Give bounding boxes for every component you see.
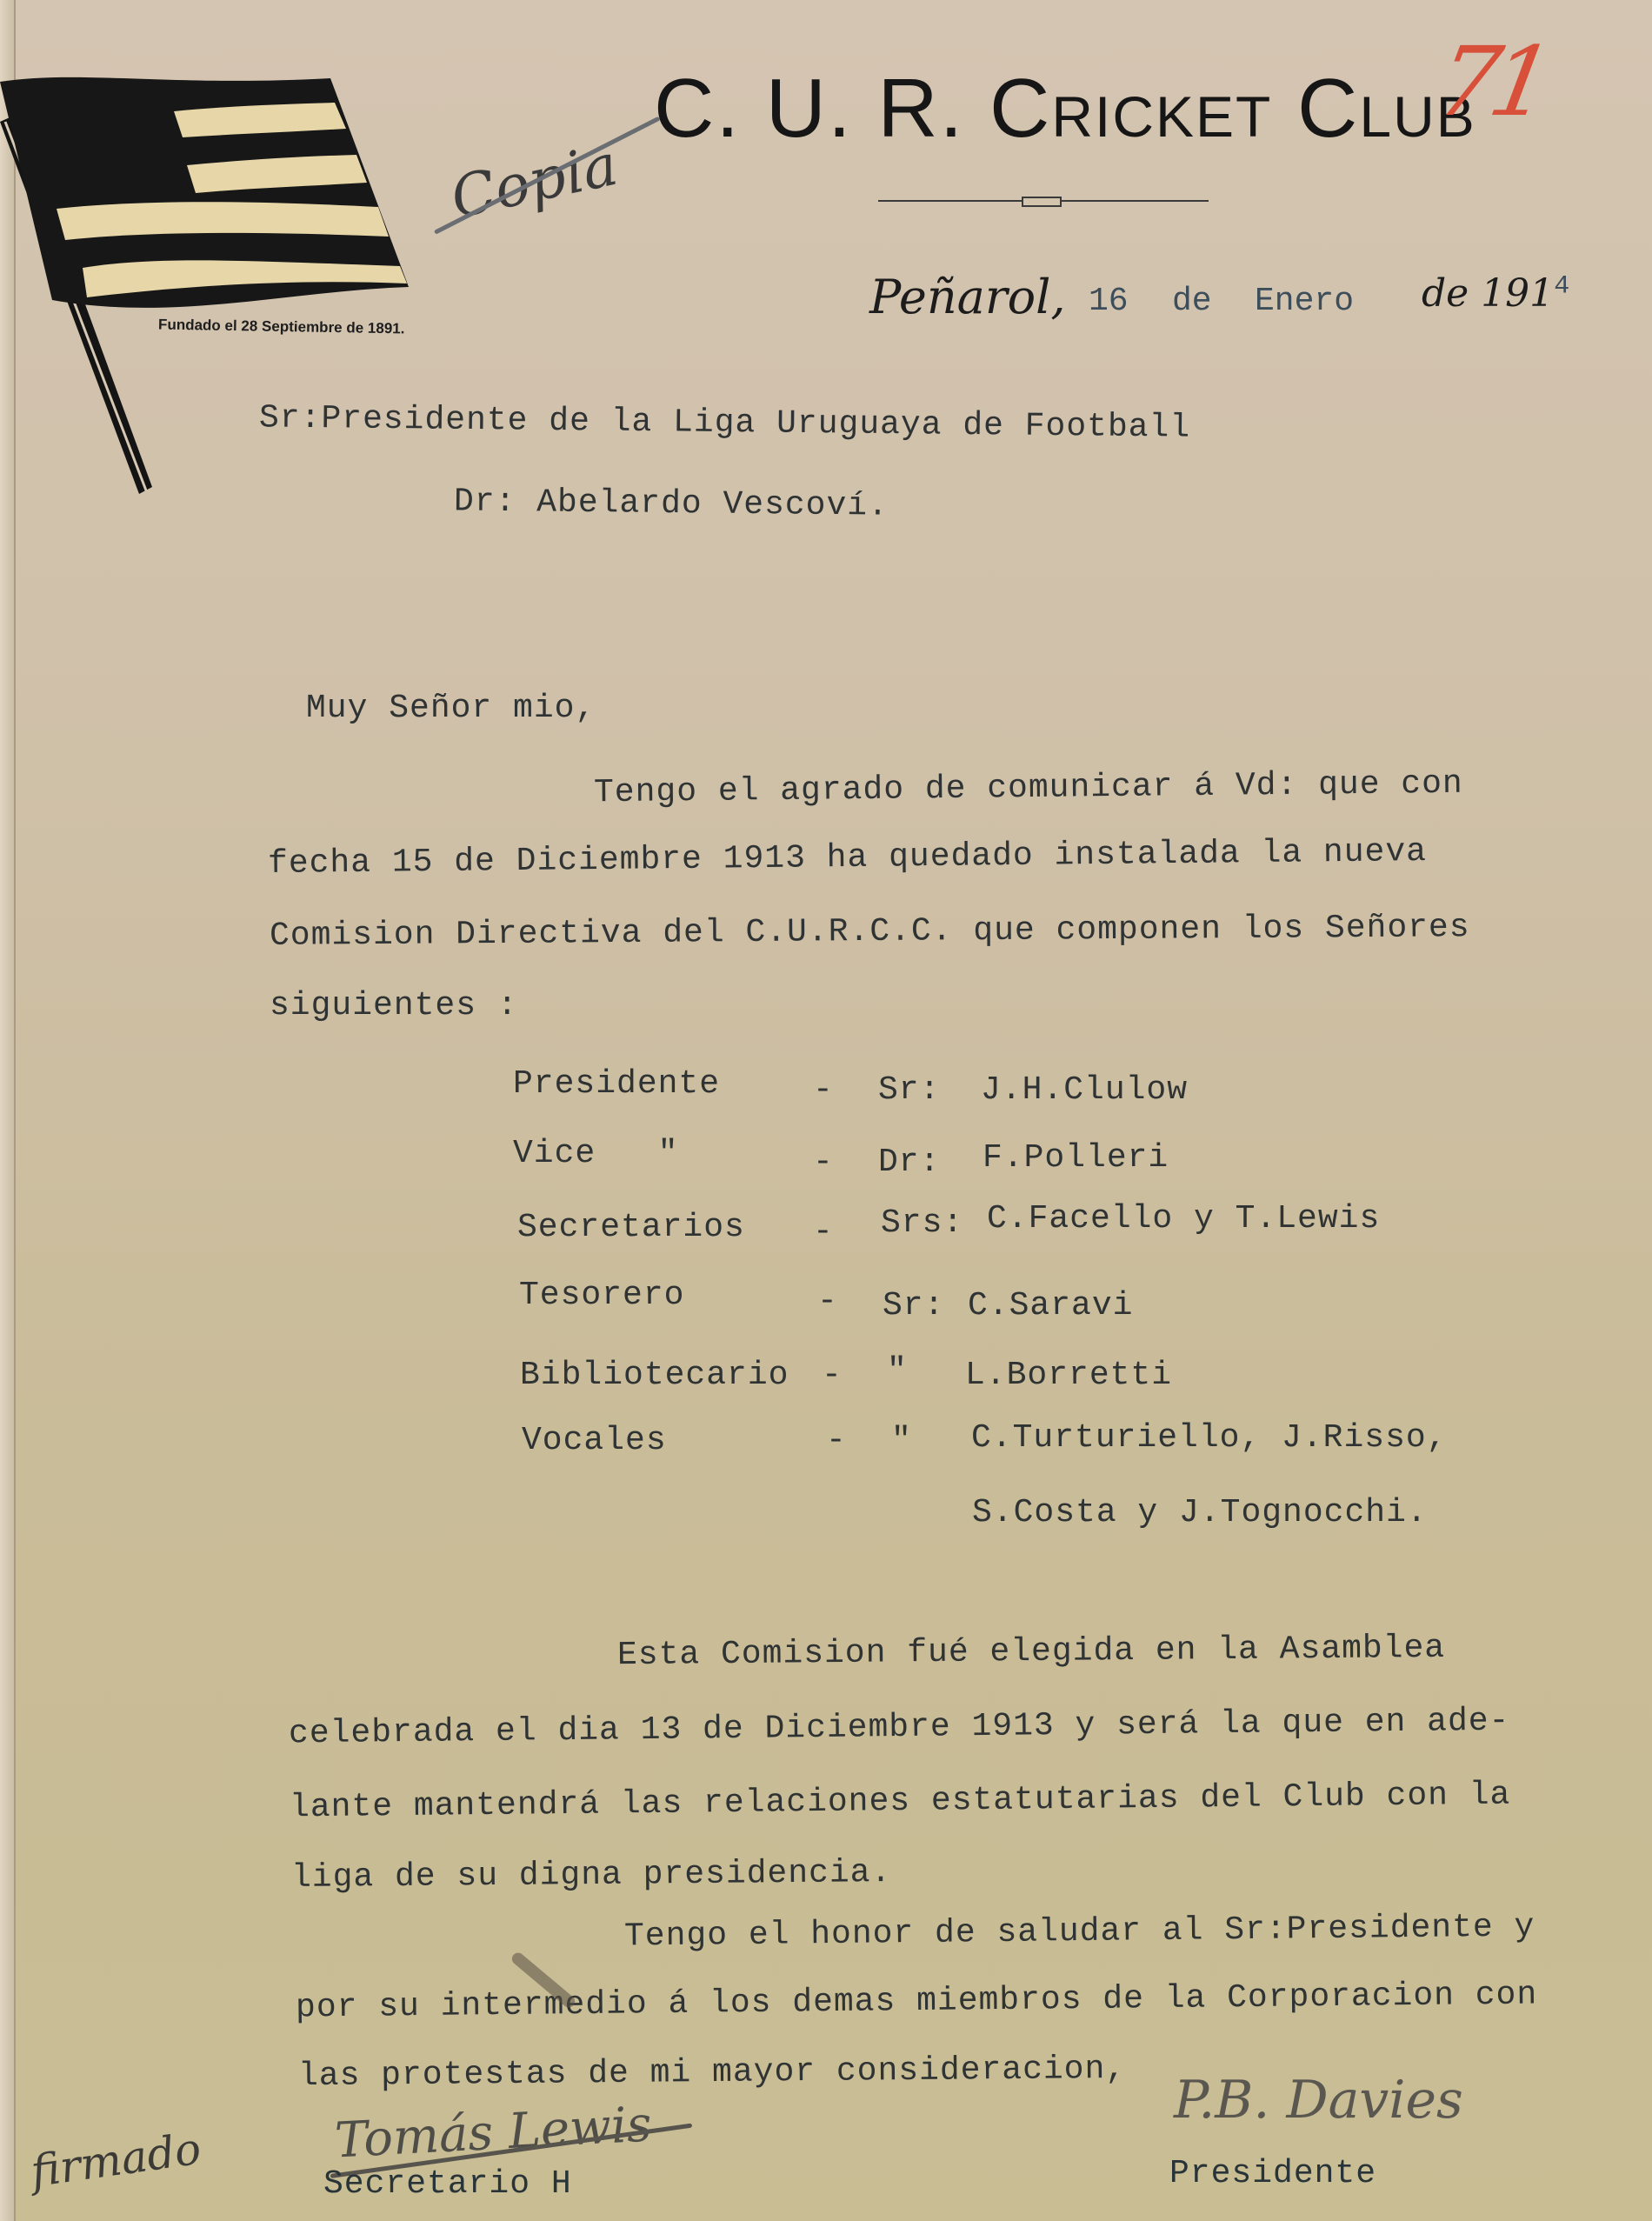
- committee-names: C.Facello y T.Lewis: [987, 1200, 1380, 1237]
- folio-number: 71: [1429, 26, 1554, 137]
- committee-title: ": [887, 1352, 908, 1390]
- committee-role: Secretarios: [517, 1209, 745, 1246]
- committee-role: Vocales: [522, 1422, 667, 1459]
- club-initial: C: [1297, 62, 1359, 155]
- secretary-signature: Tomás Lewis: [334, 2097, 654, 2170]
- paragraph-1-line-4: siguientes :: [270, 987, 518, 1024]
- committee-title: ": [891, 1422, 912, 1459]
- club-flag-icon: [0, 70, 435, 504]
- president-signature: P.B. Davies: [1174, 2070, 1463, 2131]
- paragraph-1-line-3: Comision Directiva del C.U.R.C.C. que co…: [270, 909, 1470, 955]
- paragraph-2-line-2: celebrada el dia 13 de Diciembre 1913 y …: [289, 1703, 1510, 1753]
- paragraph-1-line-2: fecha 15 de Diciembre 1913 ha quedado in…: [268, 833, 1427, 883]
- date-day: 16: [1089, 283, 1129, 320]
- committee-names: F.Polleri: [983, 1139, 1169, 1177]
- cricket-rest: RICKET: [1051, 84, 1272, 149]
- committee-dash: -: [813, 1213, 834, 1251]
- paragraph-1-line-1: Tengo el agrado de comunicar á Vd: que c…: [594, 765, 1463, 811]
- paragraph-2-line-3: lante mantendrá las relaciones estatutar…: [290, 1777, 1511, 1827]
- club-letterhead-title: C. U. R. CRICKET CLUB: [654, 61, 1476, 157]
- committee-role: Presidente: [513, 1065, 720, 1103]
- date-year-prefix: de 191: [1422, 271, 1554, 316]
- president-title: Presidente: [1169, 2155, 1376, 2192]
- committee-title: Srs:: [881, 1204, 963, 1242]
- paragraph-2-line-4: liga de su digna presidencia.: [291, 1854, 892, 1897]
- paragraph-3-line-2: por su intermedio á los demas miembros d…: [296, 1977, 1538, 2027]
- committee-dash: -: [822, 1357, 843, 1394]
- paragraph-3-line-3: las protestas de mi mayor consideracion,: [298, 2051, 1126, 2095]
- salutation: Muy Señor mio,: [306, 690, 596, 727]
- committee-dash: -: [813, 1144, 834, 1181]
- club-initials: C. U. R.: [654, 62, 964, 155]
- cricket-initial: C: [989, 62, 1051, 155]
- addressee-line-2: Dr: Abelardo Vescoví.: [454, 483, 889, 524]
- letterhead-divider-ornament: [1022, 197, 1062, 207]
- committee-dash: -: [813, 1071, 834, 1109]
- secretary-title: Secretario H: [323, 2165, 572, 2203]
- paragraph-2-line-1: Esta Comision fué elegida en la Asamblea: [617, 1630, 1445, 1674]
- committee-role: Bibliotecario: [520, 1357, 789, 1394]
- date-year-suffix: 4: [1554, 271, 1569, 301]
- committee-dash: -: [817, 1283, 838, 1320]
- committee-role: Vice ": [513, 1135, 678, 1172]
- date-month: Enero: [1255, 283, 1354, 320]
- committee-names: L.Borretti: [965, 1357, 1172, 1394]
- cricket-word: CRICKET: [989, 62, 1272, 155]
- committee-dash: -: [826, 1422, 847, 1459]
- committee-names: S.Costa y J.Tognocchi.: [972, 1494, 1428, 1531]
- committee-names: C.Turturiello, J.Risso,: [971, 1419, 1448, 1457]
- place-name: Peñarol,: [869, 270, 1066, 324]
- committee-names: J.H.Clulow: [981, 1071, 1188, 1109]
- paragraph-3-line-1: Tengo el honor de saludar al Sr:Presiden…: [624, 1909, 1535, 1956]
- margin-note-firmado: firmado: [28, 2124, 204, 2198]
- date-year: de 1914: [1422, 271, 1569, 316]
- committee-title: Sr:: [883, 1287, 944, 1324]
- committee-title: Sr:: [878, 1071, 940, 1109]
- committee-role: Tesorero: [519, 1277, 684, 1314]
- committee-title: Dr:: [878, 1144, 940, 1181]
- committee-names: C.Saravi: [968, 1287, 1133, 1324]
- date-de: de: [1172, 283, 1212, 320]
